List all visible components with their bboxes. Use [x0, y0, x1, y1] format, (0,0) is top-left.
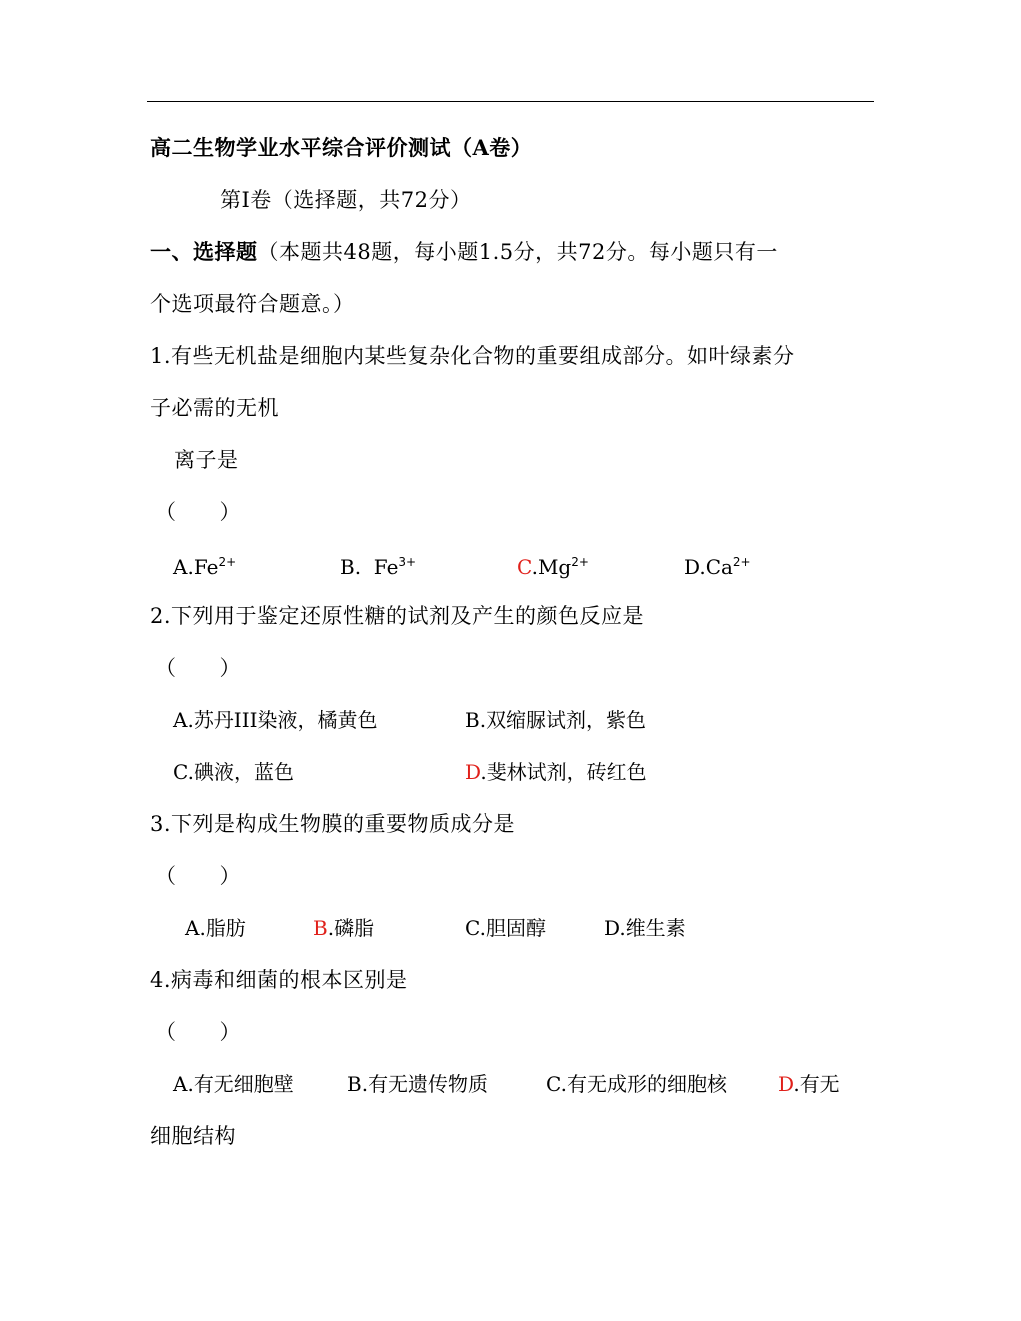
question-2-stem: 2.下列用于鉴定还原性糖的试剂及产生的颜色反应是 — [150, 602, 644, 630]
question-1-stem-line2: 子必需的无机 — [150, 394, 279, 422]
question-1-option-a: A.Fe2+ — [173, 553, 236, 581]
question-1-option-c: C.Mg2+ — [517, 553, 589, 581]
question-3-blank: （ ） — [155, 862, 241, 890]
correct-answer-marker: B — [313, 916, 328, 940]
question-2-option-b: B.双缩脲试剂，紫色 — [465, 706, 646, 734]
question-4-stem: 4.病毒和细菌的根本区别是 — [150, 966, 408, 994]
question-2-option-c: C.碘液，蓝色 — [173, 758, 294, 786]
correct-answer-marker: D — [778, 1072, 793, 1096]
document-title: 高二生物学业水平综合评价测试（A卷） — [150, 134, 532, 162]
question-1-option-d: D.Ca2+ — [684, 553, 751, 581]
instruction-continued: 个选项最符合题意。） — [150, 290, 355, 318]
question-2-option-a: A.苏丹III染液，橘黄色 — [173, 706, 378, 734]
question-2-blank: （ ） — [155, 654, 241, 682]
question-2-option-d: D.斐林试剂，砖红色 — [465, 758, 647, 786]
question-4-option-c: C.有无成形的细胞核 — [546, 1070, 727, 1098]
question-3-stem: 3.下列是构成生物膜的重要物质成分是 — [150, 810, 515, 838]
correct-answer-marker: D — [465, 760, 480, 784]
correct-answer-marker: C — [517, 555, 532, 579]
question-4-option-d-wrap: 细胞结构 — [150, 1122, 236, 1150]
question-4-option-a: A.有无细胞壁 — [173, 1070, 294, 1098]
question-3-option-a: A.脂肪 — [185, 914, 246, 942]
section-heading: 一、选择题 — [150, 239, 258, 264]
question-1-stem: 1.有些无机盐是细胞内某些复杂化合物的重要组成部分。如叶绿素分 — [150, 342, 795, 370]
question-1-blank: （ ） — [155, 498, 241, 526]
question-4-option-b: B.有无遗传物质 — [347, 1070, 488, 1098]
question-3-option-c: C.胆固醇 — [465, 914, 546, 942]
instruction-text: （本题共48题，每小题1.5分，共72分。每小题只有一 — [258, 240, 778, 264]
question-1-stem-line3: 离子是 — [174, 446, 239, 474]
question-4-option-d: D.有无 — [778, 1070, 840, 1098]
question-3-option-d: D.维生素 — [604, 914, 686, 942]
header-rule — [147, 101, 874, 102]
question-1-option-b: B. Fe3+ — [340, 553, 416, 581]
question-4-blank: （ ） — [155, 1018, 241, 1046]
part-heading: 第Ⅰ卷（选择题，共72分） — [220, 186, 472, 214]
section-instruction: 一、选择题（本题共48题，每小题1.5分，共72分。每小题只有一 — [150, 238, 778, 266]
question-3-option-b: B.磷脂 — [313, 914, 374, 942]
